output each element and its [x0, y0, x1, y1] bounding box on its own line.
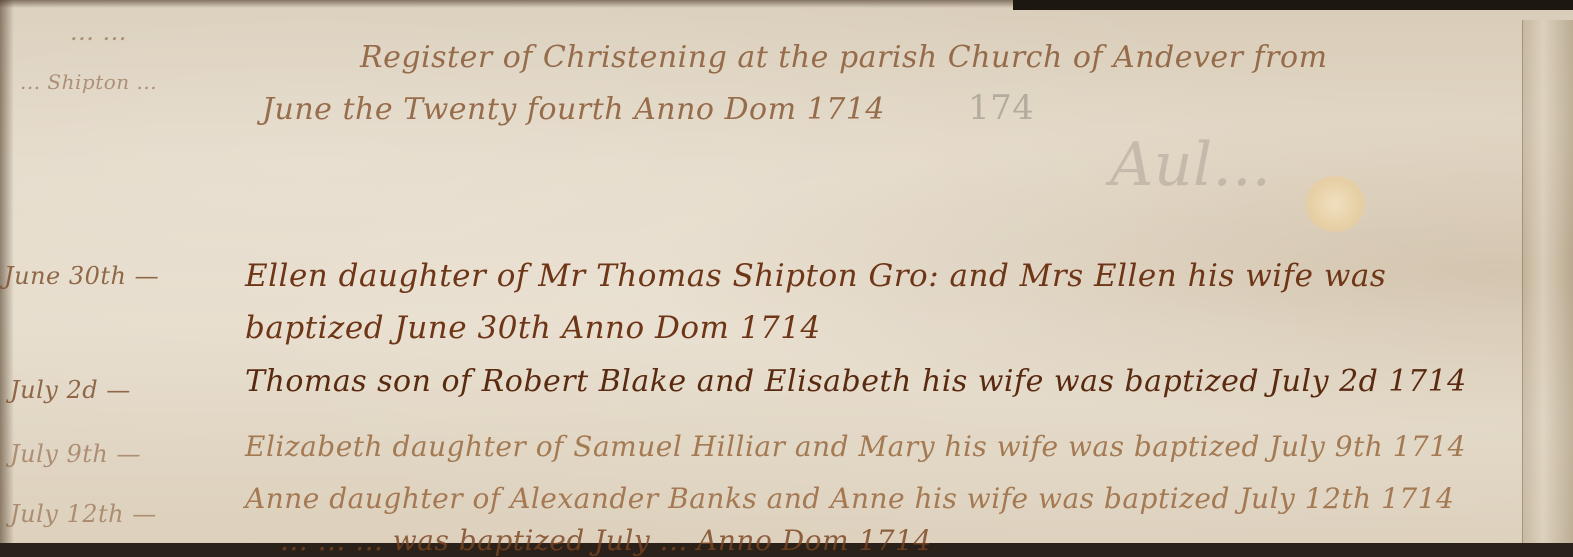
entry-1-line2: baptized June 30th Anno Dom 1714 — [245, 310, 821, 346]
entry-3-margin-date: July 9th — — [10, 440, 141, 468]
entry-2-margin-date: July 2d — — [10, 376, 131, 404]
register-page: ... ... ... Shipton ... Register of Chri… — [0, 0, 1573, 543]
paper-stain — [1305, 176, 1365, 232]
folio-number: 174 — [968, 88, 1034, 128]
register-heading-line2: June the Twenty fourth Anno Dom 1714 — [262, 92, 885, 127]
margin-note-top: ... ... — [70, 18, 127, 46]
register-heading-line1: Register of Christening at the parish Ch… — [360, 40, 1328, 75]
margin-note-second: ... Shipton ... — [20, 70, 157, 94]
binding-shadow — [1013, 0, 1573, 10]
entry-4-margin-date: July 12th — — [10, 500, 157, 528]
entry-1-line1: Ellen daughter of Mr Thomas Shipton Gro:… — [245, 258, 1386, 294]
entry-1-margin-date: June 30th — — [4, 262, 159, 290]
entry-5-line1-partial: ... ... ... was baptized July ... Anno D… — [280, 524, 932, 543]
entry-2-line1: Thomas son of Robert Blake and Elisabeth… — [245, 364, 1467, 399]
entry-3-line1: Elizabeth daughter of Samuel Hilliar and… — [245, 430, 1466, 463]
entry-4-line1: Anne daughter of Alexander Banks and Ann… — [245, 482, 1454, 515]
pencil-annotation: Aul... — [1110, 130, 1271, 200]
page-right-fold — [1522, 20, 1573, 543]
